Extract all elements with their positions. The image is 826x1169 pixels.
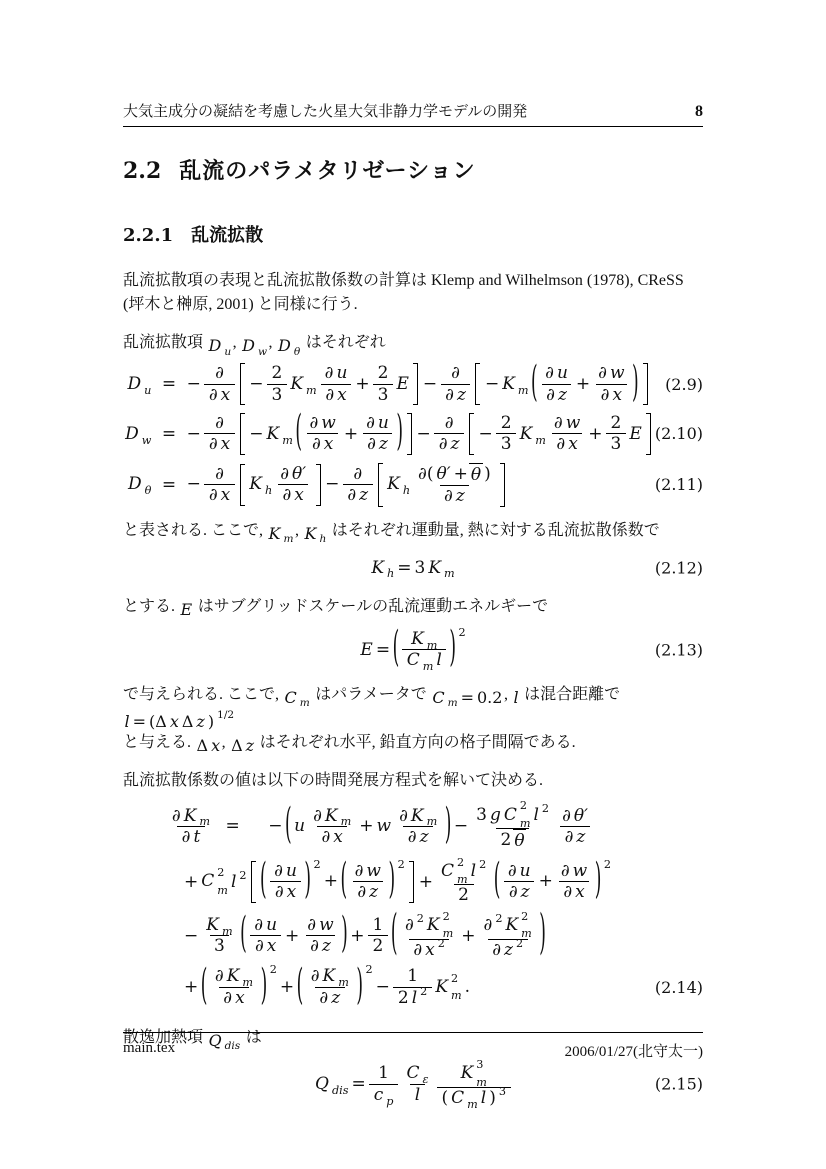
equation-2-12-number: (2.12) [655,558,703,577]
subsection-number: 2.2.1 [123,225,173,246]
paragraph-method: 乱流拡散項の表現と乱流拡散係数の計算は Klemp and Wilhelmson… [123,269,703,317]
paragraph-time-evolution: 乱流拡散係数の値は以下の時間発展方程式を解いて決める. [123,769,703,793]
section-title: 乱流のパラメタリゼーション [179,158,475,183]
paragraph-energy: とする. E はサブグリッドスケールの乱流運動エネルギーで [123,595,703,619]
equation-2-13-number: (2.13) [655,640,703,659]
equation-2-14-lhs: ∂Km∂t [165,806,216,848]
equation-2-13: E=(KmCml)2 (2.13) [123,629,703,671]
equation-2-14-line1: −(u∂Km∂x+w∂Km∂z)−3gC2ml22θ∂θ′∂z [267,801,595,851]
equation-2-15-number: (2.15) [655,1075,703,1094]
equation-2-14-line2: +C2ml2(∂u∂x)2+(∂w∂z)2+C2ml22(∂u∂z+∂w∂x)2 [183,858,613,906]
equation-2-9-lhs: Du [126,374,153,394]
equation-2-12: Kh=3Km (2.12) [123,553,703,583]
section-heading: 2.2乱流のパラメタリゼーション [123,154,703,185]
equation-2-13-body: E=(KmCml)2 [359,629,467,671]
equation-2-11-lhs: Dθ [126,474,152,494]
footer-date: 2006/01/27(北守太一) [565,1040,703,1061]
paragraph-coefficients: と表される. ここで, Km, Kh はそれぞれ運動量, 熱に対する乱流拡散係数… [123,519,703,543]
equation-2-9-rhs: −∂∂x−23Km∂u∂x+23E−∂∂z−Km(∂u∂z+∂w∂x) [185,363,651,405]
equation-2-11-rhs: −∂∂xKh∂θ′∂x−∂∂zKh∂(θ′+θ)∂z [185,463,508,507]
equation-2-10-rhs: −∂∂x−Km(∂w∂x+∂u∂z)−∂∂z−23Km∂w∂x+23E [185,413,654,455]
equation-2-12-body: Kh=3Km [370,558,456,578]
equation-2-14-line4: +(∂Km∂x)2+(∂Km∂z)2−12l2K2m. [183,966,472,1008]
equation-group-km: ∂Km∂t = −(u∂Km∂x+w∂Km∂z)−3gC2ml22θ∂θ′∂z … [123,801,703,1008]
paragraph-method-line1: 乱流拡散項の表現と乱流拡散係数の計算は Klemp and Wilhelmson… [123,272,684,289]
subsection-heading: 2.2.1乱流拡散 [123,221,703,247]
equation-group-diffusion: Du = −∂∂x−23Km∂u∂x+23E−∂∂z−Km(∂u∂z+∂w∂x)… [123,363,703,506]
equation-2-11-number: (2.11) [655,475,703,494]
equation-2-15-body: Qdis=1cpCεlK3m(Cml)3 [314,1060,513,1108]
page-header: 大気主成分の凝結を考慮した火星大気非静力学モデルの開発 8 [123,100,703,127]
paragraph-method-line2: (坪木と榊原, 2001) と同様に行う. [123,296,358,313]
section-number: 2.2 [123,158,161,184]
page-number: 8 [695,103,703,121]
paragraph-diffusion-terms: 乱流拡散項 Du, Dw, Dθ はそれぞれ [123,331,703,355]
equation-2-9-number: (2.9) [665,375,703,394]
equation-2-11-rel: = [162,475,176,495]
page-footer: main.tex 2006/01/27(北守太一) [123,1032,703,1061]
equation-2-10-number: (2.10) [655,424,703,443]
equation-2-10-lhs: Dw [124,424,153,444]
footer-filename: main.tex [123,1040,175,1061]
equation-2-15: Qdis=1cpCεlK3m(Cml)3 (2.15) [123,1060,703,1108]
document-page: 大気主成分の凝結を考慮した火星大気非静力学モデルの開発 8 2.2乱流のパラメタ… [0,0,826,1169]
paragraph-parameters-line2: と与える. Δx, Δz はそれぞれ水平, 鉛直方向の格子間隔である. [123,731,703,755]
equation-2-10-rel: = [162,424,176,444]
subsection-title: 乱流拡散 [191,225,263,245]
paragraph-parameters-line1: で与えられる. ここで, Cm はパラメータで Cm=0.2, l は混合距離で… [123,683,703,731]
equation-2-14-rel: = [226,816,258,836]
equation-2-9-rel: = [162,374,176,394]
equation-2-14-number: (2.14) [655,978,703,997]
equation-2-14-line3: −Km3(∂u∂x+∂w∂z)+12(∂2K2m∂x2+∂2K2m∂z2) [183,912,547,960]
page-content: 大気主成分の凝結を考慮した火星大気非静力学モデルの開発 8 2.2乱流のパラメタ… [0,0,826,1108]
header-title: 大気主成分の凝結を考慮した火星大気非静力学モデルの開発 [123,100,527,121]
